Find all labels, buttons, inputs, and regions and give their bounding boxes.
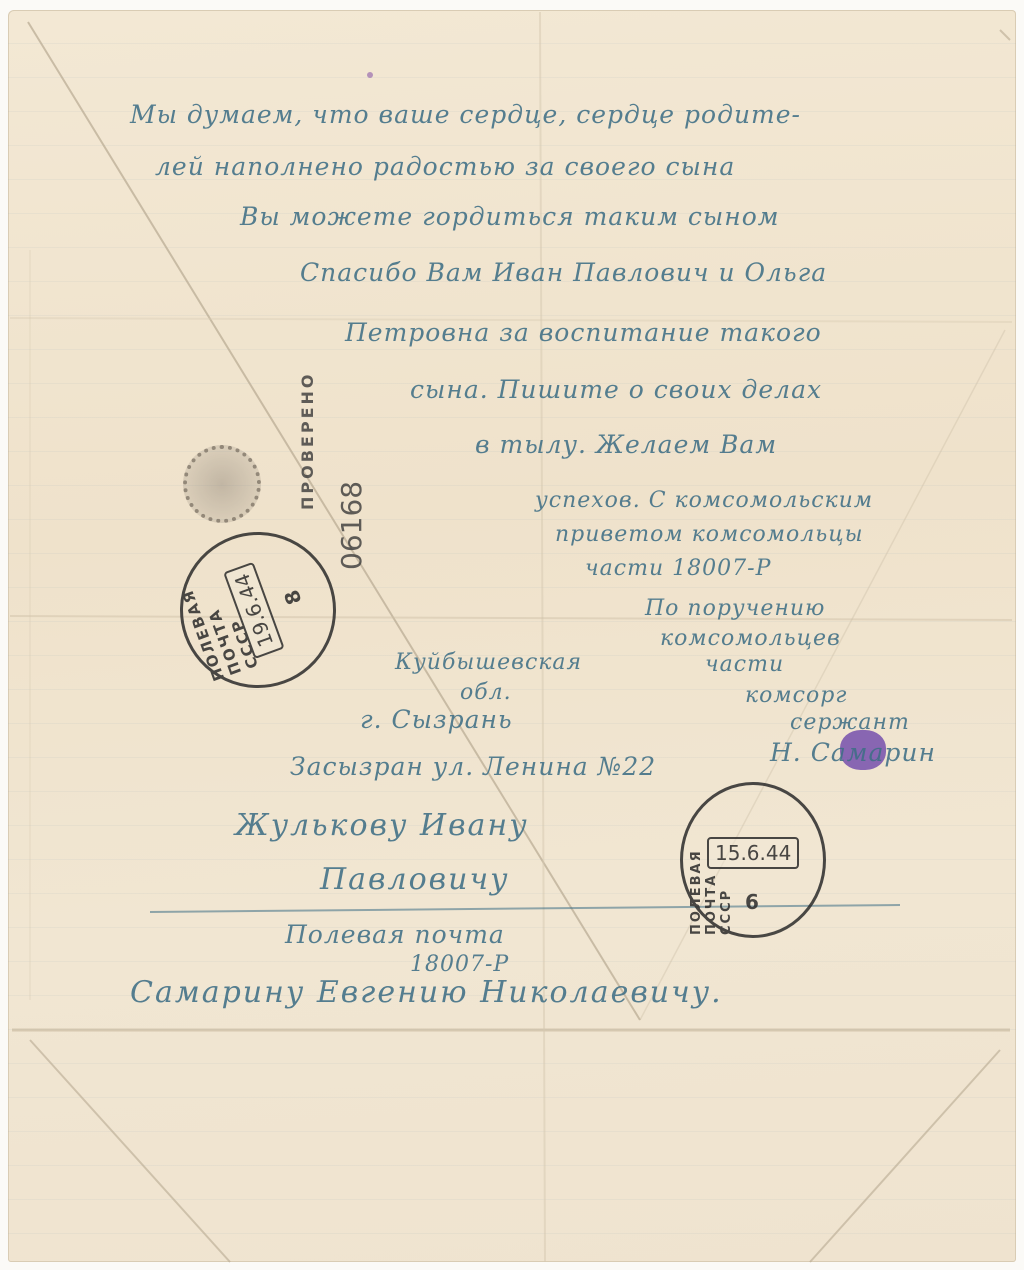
letter-line: Мы думаем, что ваше сердце, сердце родит…	[130, 100, 801, 129]
postmark-number: 8	[278, 585, 306, 608]
postmark-number: 6	[745, 890, 761, 914]
faint-round-stamp	[183, 445, 261, 523]
letter-line: лей наполнено радостью за своего сына	[155, 152, 735, 181]
recipient-patronymic: Павловичу	[320, 862, 510, 897]
censor-number: 06168	[335, 481, 368, 570]
address-street: Засызран ул. Ленина №22	[290, 752, 656, 781]
signature: Н. Самарин	[770, 738, 936, 767]
letter-line: части 18007-Р	[585, 556, 771, 581]
address-city: г. Сызрань	[360, 705, 513, 734]
signature-line: комсомольцев	[660, 626, 841, 651]
letter-line: успехов. С комсомольским	[535, 488, 873, 513]
letter-line: сына. Пишите о своих делах	[410, 375, 822, 404]
censor-label: ПРОВЕРЕНО	[298, 372, 317, 511]
letter-line: приветом комсомольцы	[555, 522, 864, 547]
signature-line: По поручению	[645, 596, 825, 621]
letter-line: Вы можете гордиться таким сыном	[240, 202, 780, 231]
signature-line: части	[705, 652, 784, 677]
address-region-abbr: обл.	[460, 680, 512, 705]
sender-unit: 18007-Р	[410, 952, 509, 977]
address-region: Куйбышевская	[395, 650, 582, 675]
signature-line: комсорг	[745, 683, 847, 708]
recipient-surname: Жулькову Ивану	[235, 808, 529, 843]
sender-name: Самарину Евгению Николаевичу.	[130, 975, 723, 1010]
letter-line: Спасибо Вам Иван Павлович и Ольга	[300, 258, 827, 287]
letter-line: Петровна за воспитание такого	[345, 318, 822, 347]
sender-label: Полевая почта	[285, 920, 505, 949]
letter-line: в тылу. Желаем Вам	[475, 430, 777, 459]
postmark-date: 15.6.44	[707, 837, 799, 869]
fold-lines	[0, 0, 1024, 1270]
field-post-postmark-right: ПОЛЕВАЯ ПОЧТА СССР 15.6.44 6	[680, 782, 826, 938]
